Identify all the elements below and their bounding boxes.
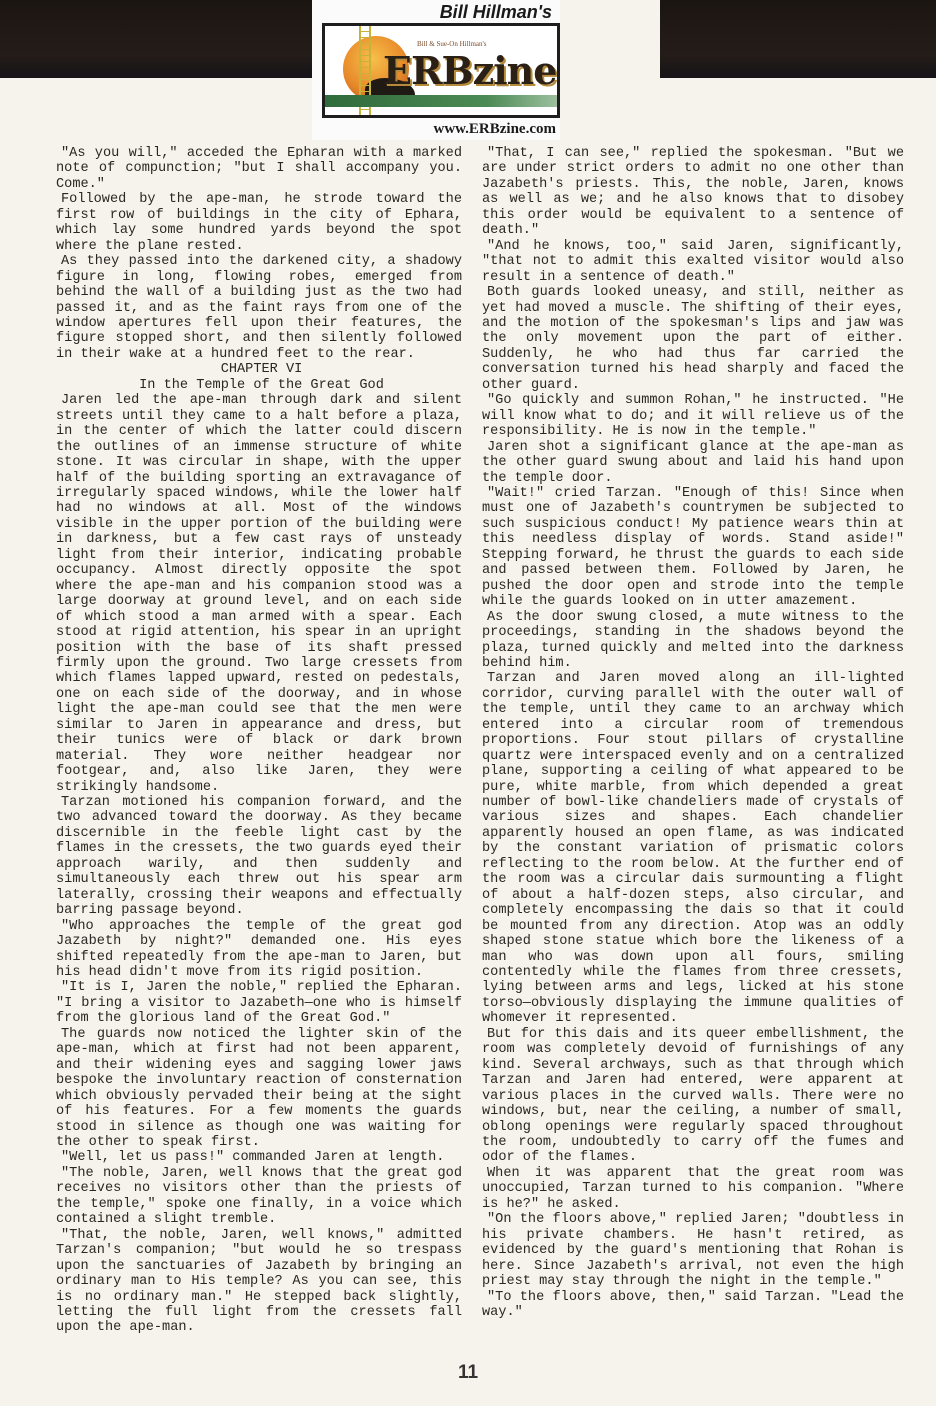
paragraph: But for this dais and its queer embellis… [482,1027,904,1166]
logo-url-link[interactable]: www.ERBzine.com [312,121,560,138]
chapter-subtitle: In the Temple of the Great God [56,378,462,393]
paragraph: "That, the noble, Jaren, well knows," ad… [56,1228,462,1336]
paragraph: The guards now noticed the lighter skin … [56,1027,462,1151]
logo-title: Bill Hillman's [312,2,560,23]
paragraph: When it was apparent that the great room… [482,1166,904,1212]
paragraph: "It is I, Jaren the noble," replied the … [56,980,462,1026]
paragraph: "Who approaches the temple of the great … [56,919,462,981]
paragraph: "To the floors above, then," said Tarzan… [482,1290,904,1321]
paragraph: "Go quickly and summon Rohan," he instru… [482,393,904,439]
paragraph: Tarzan and Jaren moved along an ill-ligh… [482,671,904,1026]
paragraph: As they passed into the darkened city, a… [56,254,462,362]
scan-shadow-right [660,0,936,78]
paragraph: Jaren led the ape-man through dark and s… [56,393,462,795]
paragraph: "Wait!" cried Tarzan. "Enough of this! S… [482,486,904,610]
left-column-chapter-body: Jaren led the ape-man through dark and s… [56,393,462,1336]
logo-green-stripe [325,95,557,107]
paragraph: "Well, let us pass!" commanded Jaren at … [56,1150,462,1165]
logo-frame: Bill & Sue-On Hillman's ERBzine [322,23,560,118]
paragraph: As the door swung closed, a mute witness… [482,610,904,672]
paragraph: "The noble, Jaren, well knows that the g… [56,1166,462,1228]
page-number: 11 [0,1362,936,1384]
paragraph: "On the floors above," replied Jaren; "d… [482,1212,904,1289]
erbzine-logo-banner[interactable]: Bill Hillman's Bill & Sue-On Hillman's E… [312,0,560,140]
right-column-body: "That, I can see," replied the spokesman… [482,146,904,1320]
paragraph: "And he knows, too," said Jaren, signifi… [482,239,904,285]
paragraph: "That, I can see," replied the spokesman… [482,146,904,239]
paragraph: Both guards looked uneasy, and still, ne… [482,285,904,393]
paragraph: "As you will," acceded the Epharan with … [56,146,462,192]
paragraph: Followed by the ape-man, he strode towar… [56,192,462,254]
chapter-heading: CHAPTER VI [56,362,462,377]
logo-name: ERBzine [383,48,556,93]
left-column: "As you will," acceded the Epharan with … [56,146,462,1336]
left-column-pre-chapter: "As you will," acceded the Epharan with … [56,146,462,362]
paragraph: Jaren shot a significant glance at the a… [482,440,904,486]
scan-shadow-left [0,0,312,78]
right-column: "That, I can see," replied the spokesman… [482,146,904,1320]
paragraph: Tarzan motioned his companion forward, a… [56,795,462,919]
logo-subtitle: Bill & Sue-On Hillman's [417,40,487,48]
